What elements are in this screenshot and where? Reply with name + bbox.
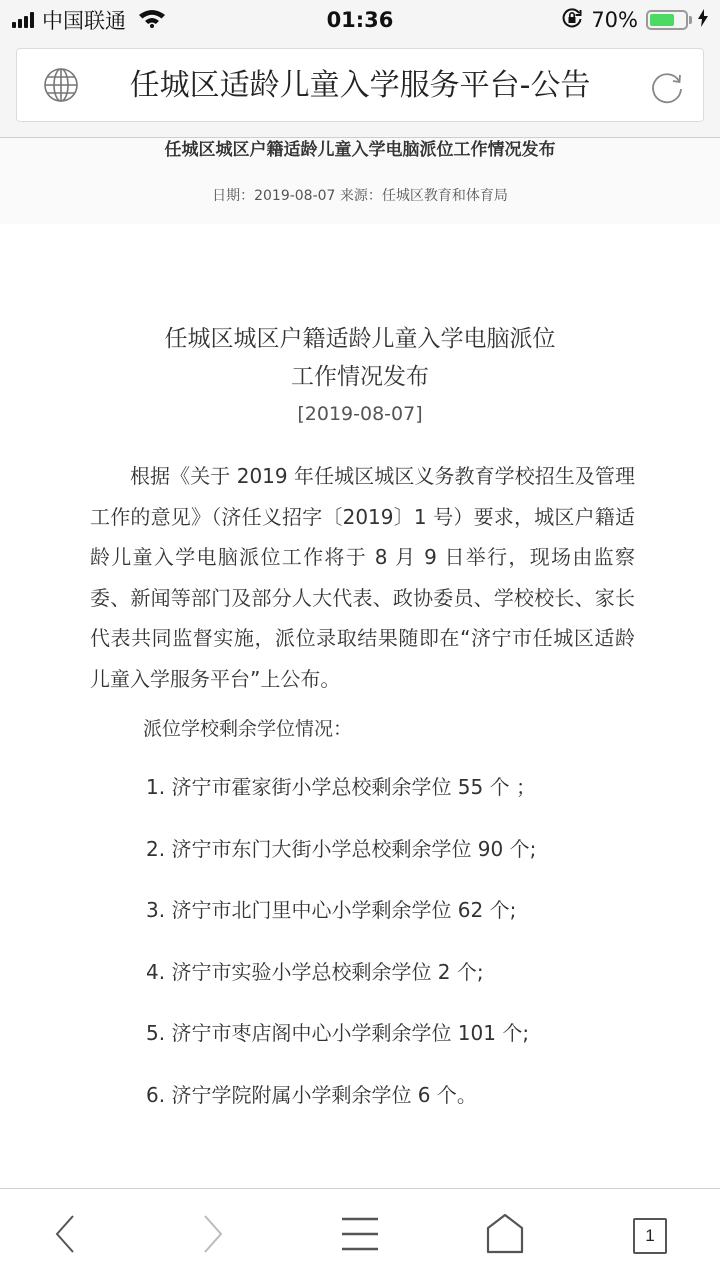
charging-icon (698, 9, 708, 31)
remaining-seats-list: 1. 济宁市霍家街小学总校剩余学位 55 个 ； 2. 济宁市东门大街小学总校剩… (146, 772, 536, 1141)
status-right: 70% (561, 6, 708, 34)
battery-icon (646, 10, 688, 30)
article-title-line2: 工作情况发布 (0, 358, 720, 396)
battery-percent: 70% (591, 8, 638, 32)
forward-button[interactable] (188, 1211, 238, 1261)
tab-count: 1 (633, 1218, 667, 1254)
list-item: 6. 济宁学院附属小学剩余学位 6 个。 (146, 1080, 536, 1142)
list-item: 4. 济宁市实验小学总校剩余学位 2 个; (146, 957, 536, 1019)
orientation-lock-icon (561, 7, 583, 33)
article-header-title: 任城区城区户籍适龄儿童入学电脑派位工作情况发布 (0, 138, 720, 162)
address-bar[interactable]: 任城区适龄儿童入学服务平台-公告 (16, 48, 704, 122)
globe-icon (43, 67, 79, 107)
list-item: 1. 济宁市霍家街小学总校剩余学位 55 个 ； (146, 772, 536, 834)
article-meta: 日期：2019-08-07 来源：任城区教育和体育局 (0, 186, 720, 206)
reload-icon[interactable] (649, 69, 685, 109)
back-button[interactable] (40, 1211, 90, 1261)
article-title-line1: 任城区城区户籍适龄儿童入学电脑派位 (0, 320, 720, 358)
list-item: 5. 济宁市枣店阁中心小学剩余学位 101 个; (146, 1018, 536, 1080)
chevron-left-icon (53, 1214, 77, 1258)
browser-header: 任城区适龄儿童入学服务平台-公告 (0, 40, 720, 138)
menu-button[interactable] (335, 1211, 385, 1261)
status-bar: 中国联通 01:36 70% (0, 0, 720, 40)
bottom-toolbar: 1 (0, 1188, 720, 1280)
list-item: 2. 济宁市东门大街小学总校剩余学位 90 个; (146, 834, 536, 896)
home-icon (486, 1214, 524, 1258)
tabs-button[interactable]: 1 (625, 1211, 675, 1261)
article-title: 任城区城区户籍适龄儿童入学电脑派位 工作情况发布 (0, 320, 720, 396)
article-paragraph: 根据《关于 2019 年任城区城区义务教育学校招生及管理工作的意见》（济任义招字… (90, 456, 635, 699)
article-header: 任城区城区户籍适龄儿童入学电脑派位工作情况发布 日期：2019-08-07 来源… (0, 138, 720, 224)
battery-tip (689, 16, 692, 24)
list-item: 3. 济宁市北门里中心小学剩余学位 62 个; (146, 895, 536, 957)
chevron-right-icon (201, 1214, 225, 1258)
list-label: 派位学校剩余学位情况： (143, 714, 352, 744)
article-date: [2019-08-07] (0, 400, 720, 428)
page-title[interactable]: 任城区适龄儿童入学服务平台-公告 (87, 49, 633, 123)
menu-icon (340, 1216, 380, 1256)
home-button[interactable] (480, 1211, 530, 1261)
